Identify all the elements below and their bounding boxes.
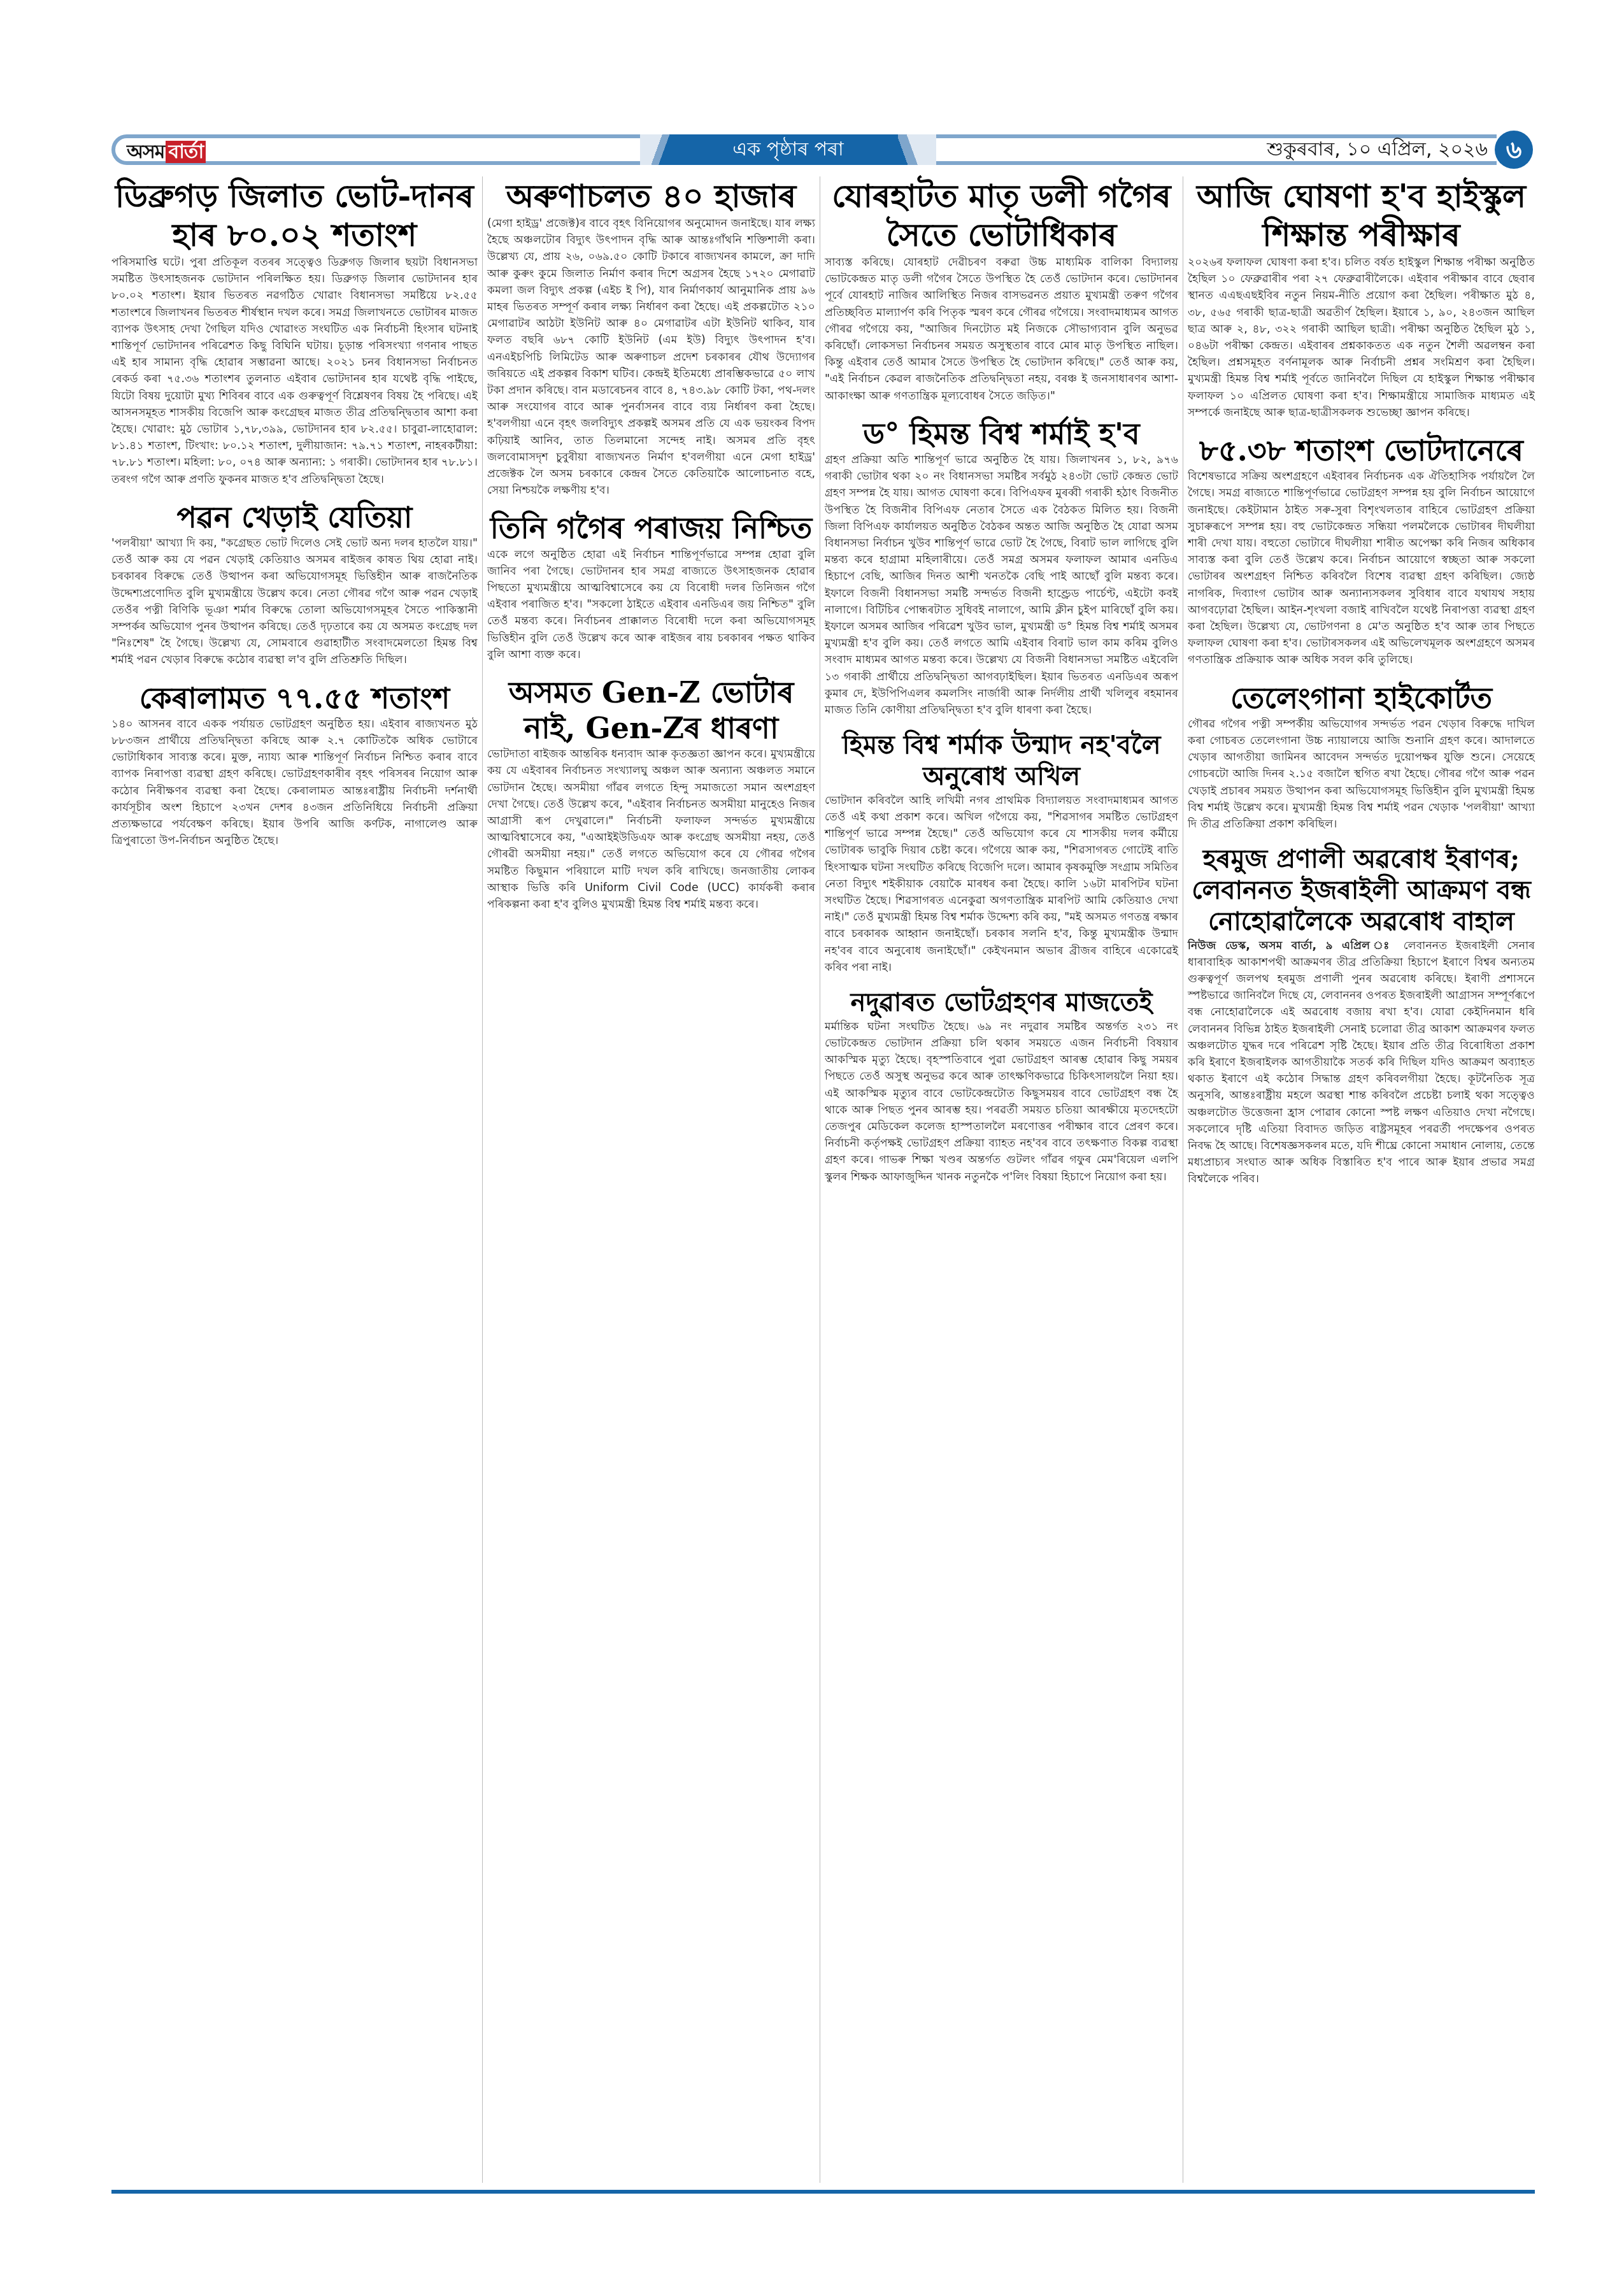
newspaper-logo[interactable]: অসমবাৰ্তা bbox=[127, 139, 206, 165]
article-akhil-unmad: হিমন্ত বিশ্ব শৰ্মাক উন্মাদ নহ'বলৈ অনুৰোধ… bbox=[825, 730, 1178, 976]
headline[interactable]: নদুৱাৰত ভোটগ্ৰহণৰ মাজতেই bbox=[825, 987, 1178, 1018]
article-body: বিশেষভাৱে সক্ৰিয় অংশগ্ৰহণে এইবাৰৰ নিৰ্ব… bbox=[1188, 468, 1535, 668]
article-body: ১৪০ আসনৰ বাবে একক পৰ্যায়ত ভোটগ্ৰহণ অনুষ… bbox=[111, 716, 478, 850]
article-hslc-result: আজি ঘোষণা হ'ব হাইস্কুল শিক্ষান্ত পৰীক্ষা… bbox=[1188, 176, 1535, 421]
logo-text-barta: বাৰ্তা bbox=[166, 141, 206, 163]
article-body: গ্ৰহণ প্ৰক্ৰিয়া অতি শান্তিপূৰ্ণ ভাৱে অন… bbox=[825, 452, 1178, 718]
headline[interactable]: হৰমুজ প্ৰণালী অৱৰোধ ইৰাণৰ; লেবাননত ইজৰাই… bbox=[1188, 844, 1535, 937]
newspaper-page: অসমবাৰ্তা এক পৃষ্ঠাৰ পৰা শুকুৰবাৰ, ১০ এপ… bbox=[111, 131, 1535, 2197]
article-body: সাব্যস্ত কৰিছে। যোৰহাট দেৱীচৰণ বৰুৱা উচ্… bbox=[825, 254, 1178, 404]
article-body: নিউজ ডেস্ক, অসম বাৰ্তা, ৯ এপ্ৰিল ঃ লেবান… bbox=[1188, 938, 1535, 1188]
article-arunachal: অৰুণাচলত ৪০ হাজাৰ (মেগা হাইড্ৰ' প্ৰজেক্ট… bbox=[487, 176, 815, 499]
headline[interactable]: ডিব্ৰুগড় জিলাত ভোট-দানৰ হাৰ ৮০.০২ শতাংশ bbox=[111, 176, 478, 254]
headline[interactable]: হিমন্ত বিশ্ব শৰ্মাক উন্মাদ নহ'বলৈ অনুৰোধ… bbox=[825, 730, 1178, 792]
article-turnout: ৮৫.৩৮ শতাংশ ভোটদানেৰে বিশেষভাৱে সক্ৰিয় … bbox=[1188, 432, 1535, 669]
article-genz: অসমত Gen-Z ভোটাৰ নাই, Gen-Zৰ ধাৰণা ভোটদা… bbox=[487, 675, 815, 913]
column-2: অৰুণাচলত ৪০ হাজাৰ (মেগা হাইড্ৰ' প্ৰজেক্ট… bbox=[487, 176, 815, 924]
column-4: আজি ঘোষণা হ'ব হাইস্কুল শিক্ষান্ত পৰীক্ষা… bbox=[1188, 176, 1535, 1199]
column-divider bbox=[1183, 176, 1183, 2183]
headline[interactable]: তেলেংগানা হাইকোৰ্টত bbox=[1188, 680, 1535, 716]
article-body: ভোটদাতা ৰাইজক আন্তৰিক ধন্যবাদ আৰু কৃতজ্ঞ… bbox=[487, 746, 815, 913]
column-3: যোৰহাটত মাতৃ ডলী গগৈৰ সৈতে ভোটাধিকাৰ সাব… bbox=[825, 176, 1178, 1197]
article-three-gogoi: তিনি গগৈৰ পৰাজয় নিশ্চিত একে লগে অনুষ্ঠি… bbox=[487, 510, 815, 663]
masthead-slant-left bbox=[640, 134, 678, 165]
article-body: 'পলৰীয়া' আখ্যা দি কয়, "কগ্ৰেছত ভোট দিল… bbox=[111, 535, 478, 669]
article-kerala: কেৰালামত ৭৭.৫৫ শতাংশ ১৪০ আসনৰ বাবে একক প… bbox=[111, 680, 478, 850]
article-body: ভোটদান কৰিবলৈ আহি লখিমী নগৰ প্ৰাথমিক বিদ… bbox=[825, 792, 1178, 976]
masthead: অসমবাৰ্তা এক পৃষ্ঠাৰ পৰা শুকুৰবাৰ, ১০ এপ… bbox=[111, 131, 1535, 169]
headline[interactable]: আজি ঘোষণা হ'ব হাইস্কুল শিক্ষান্ত পৰীক্ষা… bbox=[1188, 176, 1535, 254]
headline[interactable]: তিনি গগৈৰ পৰাজয় নিশ্চিত bbox=[487, 510, 815, 546]
article-jorhat: যোৰহাটত মাতৃ ডলী গগৈৰ সৈতে ভোটাধিকাৰ সাব… bbox=[825, 176, 1178, 404]
column-divider bbox=[820, 176, 820, 2183]
masthead-logo-band: অসমবাৰ্তা bbox=[111, 134, 640, 165]
headline[interactable]: ৮৫.৩৮ শতাংশ ভোটদানেৰে bbox=[1188, 432, 1535, 468]
headline[interactable]: ড° হিমন্ত বিশ্ব শৰ্মাই হ'ব bbox=[825, 416, 1178, 452]
headline[interactable]: পৱন খেড়াই যেতিয়া bbox=[111, 499, 478, 535]
issue-date: শুকুৰবাৰ, ১০ এপ্ৰিল, ২০২৬ bbox=[936, 134, 1497, 165]
article-himanta: ড° হিমন্ত বিশ্ব শৰ্মাই হ'ব গ্ৰহণ প্ৰক্ৰি… bbox=[825, 416, 1178, 718]
bottom-rule bbox=[111, 2190, 1535, 2194]
section-label: এক পৃষ্ঠাৰ পৰা bbox=[678, 134, 898, 165]
article-body: ২০২৬ৰ ফলাফল ঘোষণা কৰা হ'ব। চলিত বৰ্ষত হা… bbox=[1188, 254, 1535, 421]
page-number-badge: ৬ bbox=[1495, 131, 1533, 169]
article-dibrugarh: ডিব্ৰুগড় জিলাত ভোট-দানৰ হাৰ ৮০.০২ শতাংশ… bbox=[111, 176, 478, 488]
article-body: মৰ্মান্তিক ঘটনা সংঘটিত হৈছে। ৬৯ নং নদুৱা… bbox=[825, 1018, 1178, 1185]
article-body-text: লেবাননত ইজৰাইলী সেনাৰ ধাৰাবাহিক আকাশপথী … bbox=[1188, 939, 1535, 1186]
article-naduar: নদুৱাৰত ভোটগ্ৰহণৰ মাজতেই মৰ্মান্তিক ঘটনা… bbox=[825, 987, 1178, 1185]
headline[interactable]: যোৰহাটত মাতৃ ডলী গগৈৰ সৈতে ভোটাধিকাৰ bbox=[825, 176, 1178, 254]
column-divider bbox=[482, 176, 483, 2183]
article-pawan-khera: পৱন খেড়াই যেতিয়া 'পলৰীয়া' আখ্যা দি কয… bbox=[111, 499, 478, 669]
headline[interactable]: অৰুণাচলত ৪০ হাজাৰ bbox=[487, 176, 815, 215]
article-body: পৰিসমাপ্তি ঘটে। পুৰা প্ৰতিকূল বতৰৰ সত্ত্… bbox=[111, 254, 478, 488]
article-body: (মেগা হাইড্ৰ' প্ৰজেক্ট)ৰ বাবে বৃহৎ বিনিয… bbox=[487, 215, 815, 499]
column-1: ডিব্ৰুগড় জিলাত ভোট-দানৰ হাৰ ৮০.০২ শতাংশ… bbox=[111, 176, 478, 861]
headline[interactable]: কেৰালামত ৭৭.৫৫ শতাংশ bbox=[111, 680, 478, 716]
article-hormuz: হৰমুজ প্ৰণালী অৱৰোধ ইৰাণৰ; লেবাননত ইজৰাই… bbox=[1188, 844, 1535, 1187]
article-body: গৌৰৱ গগৈৰ পত্নী সম্পৰ্কীয় অভিযোগৰ সন্দৰ… bbox=[1188, 716, 1535, 832]
logo-text-asom: অসম bbox=[127, 141, 164, 163]
headline[interactable]: অসমত Gen-Z ভোটাৰ নাই, Gen-Zৰ ধাৰণা bbox=[487, 675, 815, 746]
dateline: নিউজ ডেস্ক, অসম বাৰ্তা, ৯ এপ্ৰিল ঃ bbox=[1188, 939, 1395, 952]
article-body: একে লগে অনুষ্ঠিত হোৱা এই নিৰ্বাচন শান্তি… bbox=[487, 546, 815, 663]
masthead-slant-right bbox=[898, 134, 936, 165]
article-telangana: তেলেংগানা হাইকোৰ্টত গৌৰৱ গগৈৰ পত্নী সম্প… bbox=[1188, 680, 1535, 833]
